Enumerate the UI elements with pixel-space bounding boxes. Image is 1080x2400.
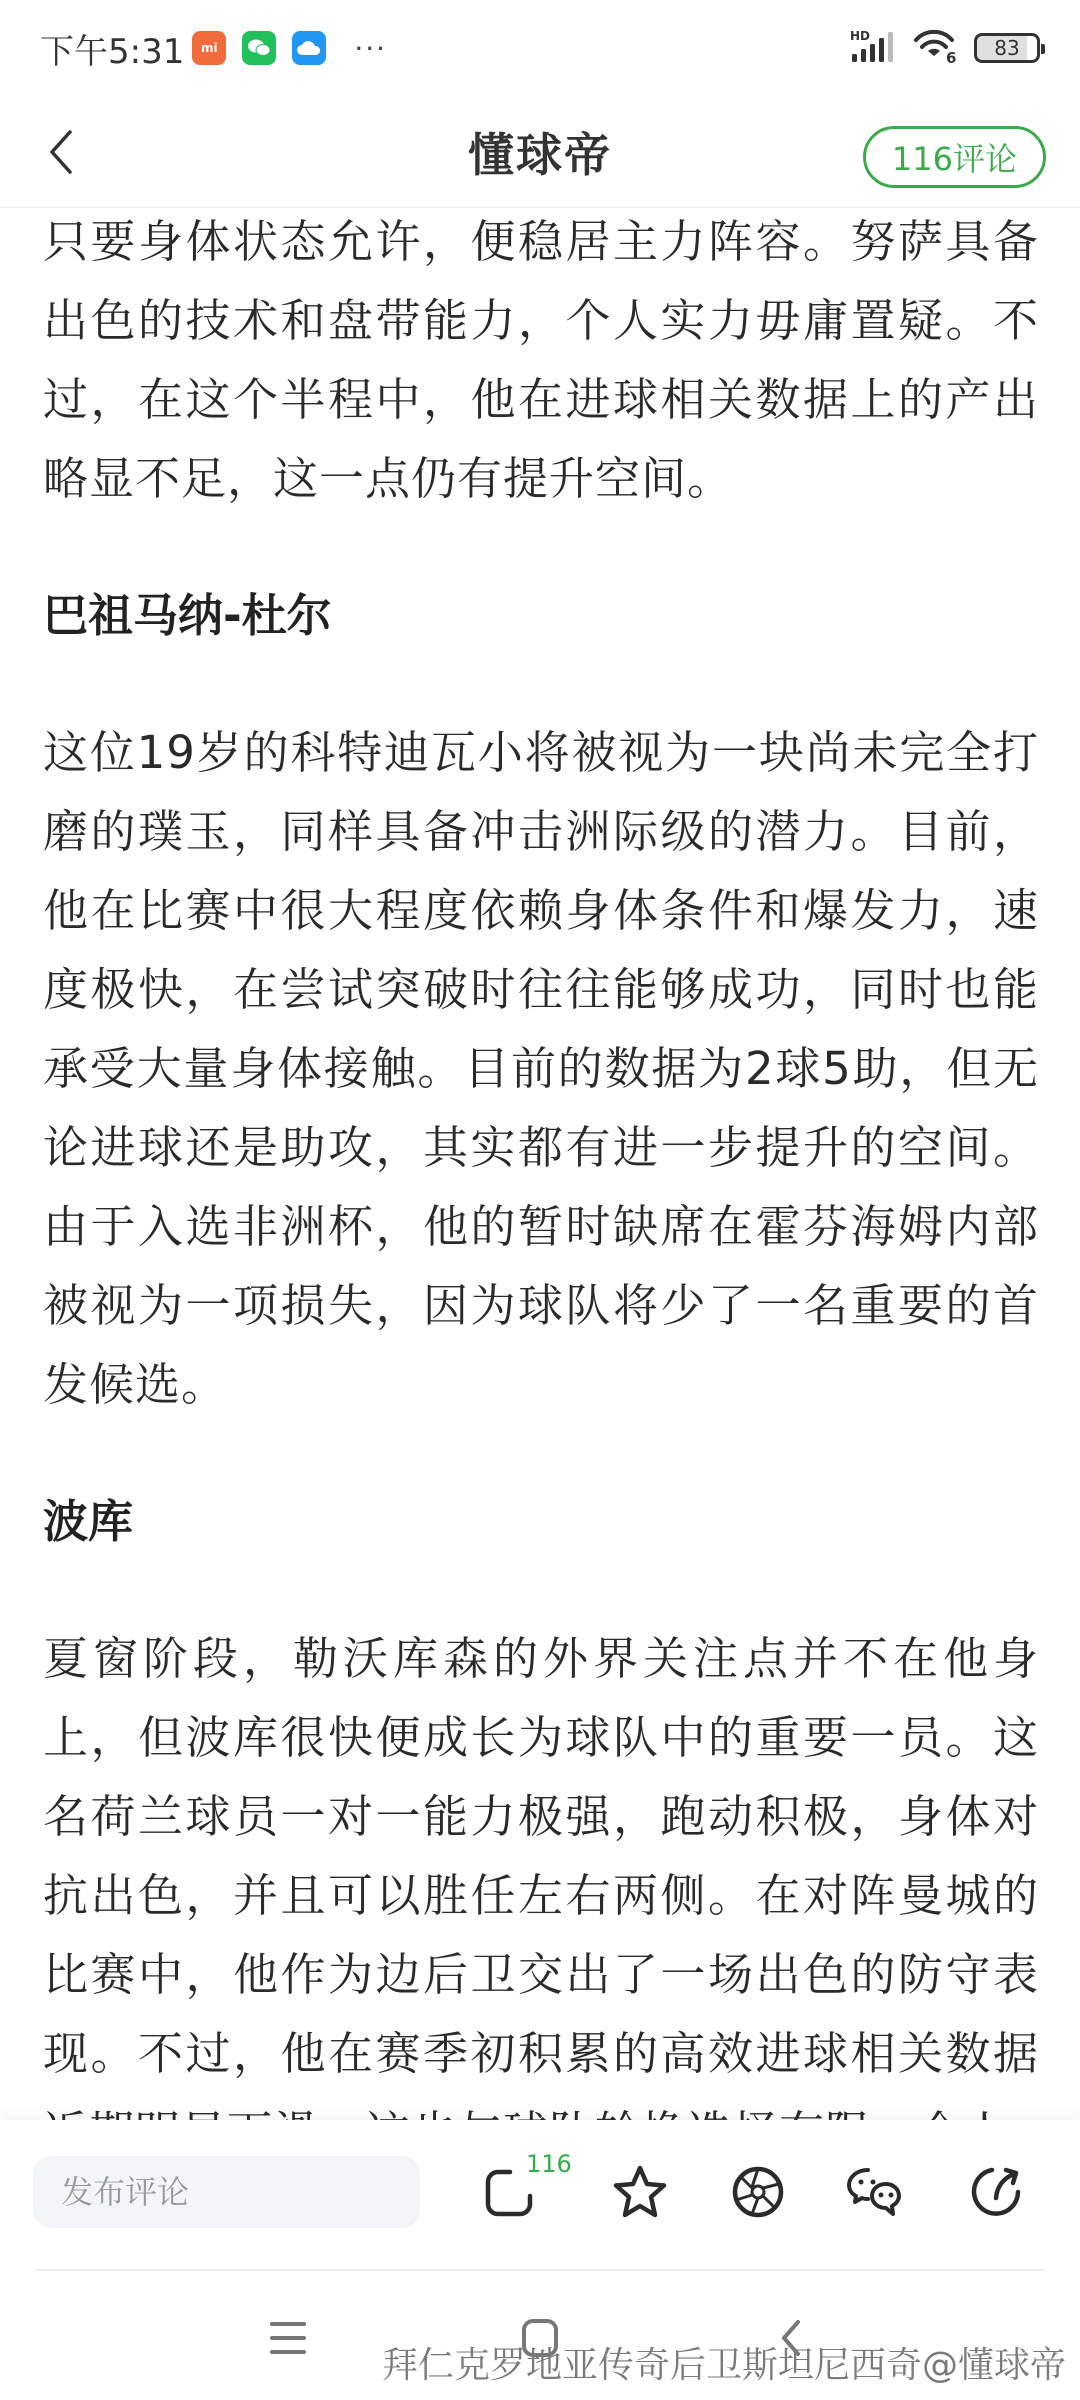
share-button[interactable] xyxy=(960,2156,1032,2228)
status-time: 下午5:31 xyxy=(40,24,184,73)
article-body: 只要身体状态允许，便稳居主力阵容。努萨具备出色的技术和盘带能力，个人实力毋庸置疑… xyxy=(43,208,1039,2120)
comment-input[interactable] xyxy=(33,2156,420,2228)
menu-icon xyxy=(268,2318,308,2358)
wechat-share-icon xyxy=(844,2162,904,2222)
comment-count: 116 xyxy=(526,2150,572,2178)
battery-indicator: 83 xyxy=(974,33,1040,63)
moments-icon xyxy=(728,2162,788,2222)
bottom-action-bar: 116 xyxy=(0,2120,1080,2270)
divider xyxy=(36,2269,1044,2271)
signal-icon: HD xyxy=(850,28,898,68)
article-paragraph: 只要身体状态允许，便稳居主力阵容。努萨具备出色的技术和盘带能力，个人实力毋庸置疑… xyxy=(43,208,1039,518)
cloud-icon xyxy=(292,31,326,65)
page-title: 懂球帝 xyxy=(468,119,612,185)
mi-store-icon: mi xyxy=(192,31,226,65)
favorite-button[interactable] xyxy=(604,2156,676,2228)
watermark: 拜仁克罗地亚传奇后卫斯坦尼西奇@懂球帝 xyxy=(382,2337,1066,2388)
app-header: 懂球帝 116评论 xyxy=(0,96,1080,208)
status-bar: 下午5:31 mi ··· HD 6 xyxy=(0,0,1080,96)
article-paragraph: 夏窗阶段，勒沃库森的外界关注点并不在他身上，但波库很快便成长为球队中的重要一员。… xyxy=(43,1619,1039,2120)
wechat-icon xyxy=(242,31,276,65)
share-wechat-button[interactable] xyxy=(838,2156,910,2228)
chevron-left-icon xyxy=(48,129,74,175)
article-paragraph: 这位19岁的科特迪瓦小将被视为一块尚未完全打磨的璞玉，同样具备冲击洲际级的潜力。… xyxy=(43,713,1039,1424)
back-button[interactable] xyxy=(36,124,86,180)
star-icon xyxy=(610,2162,670,2222)
section-title: 巴祖马纳-杜尔 xyxy=(43,576,1039,655)
section-title: 波库 xyxy=(43,1482,1039,1561)
share-moments-button[interactable] xyxy=(722,2156,794,2228)
nav-menu-button[interactable] xyxy=(258,2308,318,2368)
svg-text:HD: HD xyxy=(850,29,870,43)
share-icon xyxy=(966,2162,1026,2222)
system-indicators: HD 6 83 xyxy=(850,28,1040,68)
comments-count-button[interactable]: 116评论 xyxy=(863,126,1046,188)
wifi-icon: 6 xyxy=(912,28,960,68)
notification-icons: mi ··· xyxy=(192,31,387,65)
more-notifications-icon: ··· xyxy=(354,32,387,65)
svg-text:6: 6 xyxy=(946,49,956,64)
comments-button[interactable]: 116 xyxy=(474,2156,546,2228)
